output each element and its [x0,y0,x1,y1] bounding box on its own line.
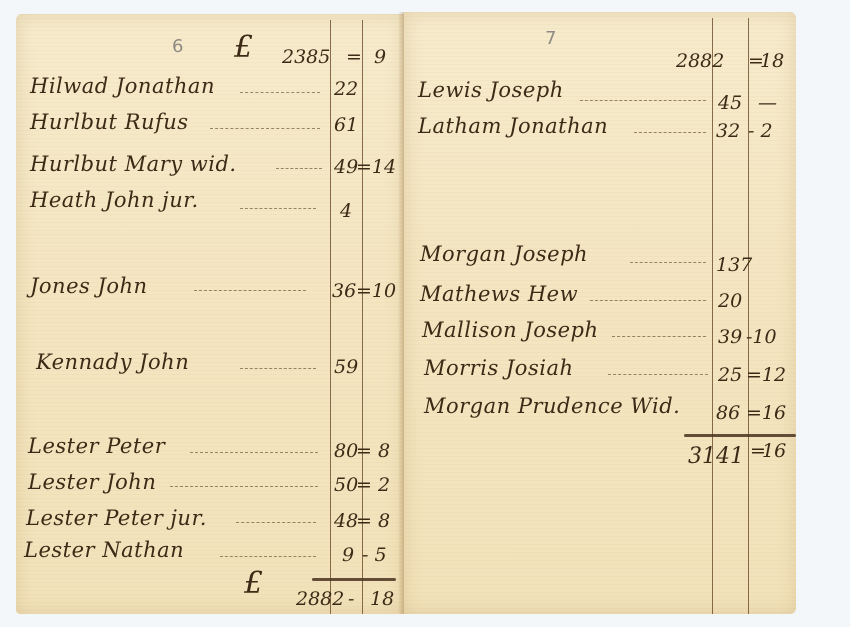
leader-line [580,100,706,102]
leader-line [210,128,320,130]
leader-line [240,368,316,370]
leader-line [220,556,316,558]
entry-pounds: 137 [716,254,752,276]
entry-shillings: = 8 [356,510,390,532]
entry-pounds: 86 [716,402,740,424]
brought-forward-shillings: 18 [760,50,784,72]
left-pounds-rule [330,20,331,614]
entry-pounds: 80 [334,440,358,462]
right-pounds-rule [712,18,713,614]
right-page-number: 7 [545,28,556,49]
entry-pounds: 50 [334,474,358,496]
entry-shillings: =12 [746,364,786,386]
leader-line [170,486,318,488]
entry-name: Hilwad Jonathan [30,74,215,98]
entry-pounds: 49 [334,156,358,178]
entry-pounds: 32 [716,120,740,142]
brought-forward-pounds: 2882 [676,50,724,72]
entry-pounds: 25 [718,364,742,386]
entry-name: Hurlbut Mary wid. [30,152,237,176]
entry-pounds: 39 [718,326,742,348]
entry-pounds: 48 [334,510,358,532]
leader-line [240,208,316,210]
entry-pounds: 45 [718,92,742,114]
entry-pounds: 20 [718,290,742,312]
entry-name: Latham Jonathan [418,114,608,138]
leader-line [190,452,318,454]
leader-line [236,522,316,524]
entry-pounds: 61 [334,114,358,136]
left-total-pound-symbol: £ [244,566,263,601]
right-total-shillings: 16 [762,440,786,462]
entry-shillings: = 8 [356,440,390,462]
entry-name: Kennady John [36,350,189,374]
entry-pounds: 36 [332,280,356,302]
entry-name: Lester Nathan [24,538,184,562]
entry-shillings: — [758,92,777,114]
entry-name: Morgan Prudence Wid. [424,394,680,418]
entry-pounds: 9 [342,544,354,566]
entry-shillings: - 5 [362,544,387,566]
leader-line [240,92,320,94]
carried-forward-pound-symbol: £ [234,30,253,65]
entry-name: Lewis Joseph [418,78,564,102]
entry-shillings: =16 [746,402,786,424]
left-total-pounds: 2882 [296,588,344,610]
leader-line [612,336,706,338]
entry-shillings: =14 [356,156,396,178]
right-total-underline [684,434,796,437]
leader-line [276,168,322,170]
carried-forward-pounds: 2385 [282,46,330,68]
entry-name: Lester John [28,470,156,494]
entry-name: Jones John [30,274,148,298]
entry-name: Heath John jur. [30,188,199,212]
leader-line [630,262,706,264]
entry-shillings: = 2 [356,474,390,496]
entry-name: Hurlbut Rufus [30,110,189,134]
left-page-number: 6 [172,36,183,57]
leader-line [634,132,706,134]
leader-line [608,374,708,376]
entry-pounds: 22 [334,78,358,100]
entry-name: Morris Josiah [424,356,574,380]
entry-pounds: 4 [340,200,352,222]
entry-name: Mallison Joseph [422,318,599,342]
leader-line [590,300,706,302]
entry-name: Lester Peter [28,434,165,458]
entry-name: Morgan Joseph [420,242,588,266]
right-total-pounds: 3141 [688,444,744,469]
left-total-separator: - [348,588,354,610]
right-shillings-rule [748,18,749,614]
entry-shillings: -10 [746,326,777,348]
entry-name: Lester Peter jur. [26,506,207,530]
carried-forward-shillings: 9 [374,46,386,68]
left-total-shillings: 18 [370,588,394,610]
carried-forward-separator: = [346,46,362,68]
left-total-underline [312,578,396,581]
ledger-spread: 6 £ 2385 = 9 Hilwad Jonathan 22 Hurlbut … [0,0,850,627]
entry-name: Mathews Hew [420,282,578,306]
entry-shillings: =10 [356,280,396,302]
entry-shillings: - 2 [748,120,773,142]
entry-pounds: 59 [334,356,358,378]
leader-line [194,290,306,292]
